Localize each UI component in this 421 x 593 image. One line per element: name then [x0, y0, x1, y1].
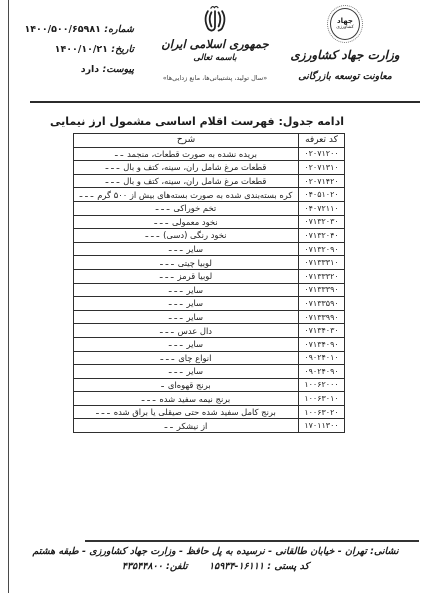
hierarchy-dashes: ـ ـ ـ [106, 176, 120, 186]
ministry-block: جهاد کشاورزی وزارت جهاد کشاورزی معاونت ت… [279, 6, 411, 82]
row-description-cell: ـ ـ ـسایر [74, 365, 299, 379]
table-row: ـ ـاز نیشکر۱۷۰۱۱۳۰۰ [74, 419, 345, 433]
row-description-cell: ـ ـ ـلوبیا چیتی [74, 256, 299, 270]
country-name: جمهوری اسلامی ایران [150, 37, 280, 51]
letter-meta-block: شماره: ۱۴۰۰/۵۰۰/۶۵۹۸۱ تاریخ: ۱۴۰۰/۱۰/۲۱ … [14, 24, 134, 84]
table-row: ـ ـ ـانواع چای۰۹۰۲۴۰۱۰ [74, 351, 345, 365]
tariff-code: ۰۴۰۵۱۰۲۰ [299, 188, 345, 202]
tariff-code: ۰۹۰۲۴۰۱۰ [299, 351, 345, 365]
table-row: ـ ـ ـلوبیا چیتی۰۷۱۳۳۳۱۰ [74, 256, 345, 270]
table-row: ـ ـ ـسایر۰۹۰۲۴۰۹۰ [74, 365, 345, 379]
description-text: سایر [187, 312, 204, 322]
footer-block: نشانی: تهران - خیابان طالقانی - نرسیده ب… [30, 546, 401, 572]
tariff-table: شرح کد تعرفه ـ ـبریده نشده به صورت قطعات… [73, 133, 345, 433]
table-row: ـ ـ ـکره بسته‌بندی شده به صورت بسته‌های … [74, 188, 345, 202]
seal-text-top: جهاد [337, 18, 353, 25]
attachment-label: پیوست: [102, 64, 134, 75]
tariff-code: ۰۷۱۳۲۰۹۰ [299, 242, 345, 256]
footer-address: نشانی: تهران - خیابان طالقانی - نرسیده ب… [30, 546, 401, 557]
row-description-cell: ـ ـ ـتخم خوراکی [74, 201, 299, 215]
description-text: لوبیا چیتی [178, 258, 212, 268]
tariff-code: ۰۴۰۷۲۱۱۰ [299, 201, 345, 215]
attachment-line: پیوست: دارد [14, 64, 134, 75]
column-header-tariff-code: کد تعرفه [299, 134, 345, 148]
hierarchy-dashes: ـ [161, 380, 164, 390]
description-text: قطعات مرغ شامل ران، سینه، کتف و بال [123, 162, 266, 172]
row-description-cell: ـ ـ ـبرنج نیمه سفید شده [74, 392, 299, 406]
ministry-name: وزارت جهاد کشاورزی [279, 48, 411, 62]
tariff-code: ۰۷۱۳۴۰۹۰ [299, 337, 345, 351]
table-row: ـ ـ ـسایر۰۷۱۳۳۳۹۰ [74, 283, 345, 297]
description-text: سایر [187, 339, 204, 349]
row-description-cell: ـ ـ ـسایر [74, 297, 299, 311]
jihad-agriculture-seal-icon: جهاد کشاورزی [330, 8, 360, 40]
hierarchy-dashes: ـ ـ ـ [142, 394, 156, 404]
letter-date-value: ۱۴۰۰/۱۰/۲۱ [55, 44, 108, 55]
description-text: برنج قهوه‌ای [168, 380, 211, 390]
description-text: سایر [187, 285, 204, 295]
letter-number-label: شماره: [104, 24, 134, 35]
postal-code-label: کد پستی : [267, 561, 309, 572]
hierarchy-dashes: ـ ـ ـ [169, 298, 183, 308]
table-row: ـ ـ ـسایر۰۷۱۳۲۰۹۰ [74, 242, 345, 256]
iran-emblem-icon [202, 4, 228, 36]
footer-divider [85, 540, 419, 542]
description-text: قطعات مرغ شامل ران، سینه، کتف و بال [123, 176, 266, 186]
hierarchy-dashes: ـ ـ ـ [169, 366, 183, 376]
tariff-code: ۱۰۰۶۳۰۱۰ [299, 392, 345, 406]
postal-code-value: ۱۶۱۱۱-۱۵۹۳۴ [209, 561, 264, 572]
hierarchy-dashes: ـ ـ ـ [160, 258, 174, 268]
table-row: ـ ـ ـبرنج نیمه سفید شده۱۰۰۶۳۰۱۰ [74, 392, 345, 406]
table-row: ـ ـ ـدال عدس۰۷۱۳۴۰۳۰ [74, 324, 345, 338]
seal-text-bottom: کشاورزی [336, 26, 354, 31]
letterhead-divider [30, 101, 420, 103]
description-text: سایر [187, 366, 204, 376]
table-row: ـ ـ ـقطعات مرغ شامل ران، سینه، کتف و بال… [74, 174, 345, 188]
tariff-code: ۱۰۰۶۳۰۲۰ [299, 405, 345, 419]
hierarchy-dashes: ـ ـ [115, 149, 123, 159]
phone-label: تلفن: [166, 561, 188, 572]
table-row: ـ ـ ـسایر۰۷۱۳۴۰۹۰ [74, 337, 345, 351]
row-description-cell: ـ ـاز نیشکر [74, 419, 299, 433]
description-text: دال عدس [178, 326, 212, 336]
description-text: تخم خوراکی [173, 203, 216, 213]
hierarchy-dashes: ـ ـ ـ [160, 271, 174, 281]
tariff-code: ۰۷۱۳۳۵۹۰ [299, 297, 345, 311]
phone-pair: تلفن: ۴۳۵۴۴۸۰۰ [122, 561, 188, 572]
hierarchy-dashes: ـ ـ ـ [169, 285, 183, 295]
tariff-code: ۰۹۰۲۴۰۹۰ [299, 365, 345, 379]
description-text: از نیشکر [177, 421, 208, 431]
deputy-name: معاونت توسعه بازرگانی [279, 71, 411, 82]
hierarchy-dashes: ـ ـ ـ [154, 217, 168, 227]
row-description-cell: ـ ـ ـسایر [74, 337, 299, 351]
row-description-cell: ـ ـبریده نشده به صورت قطعات، منجمد [74, 147, 299, 161]
tariff-code: ۱۰۰۶۲۰۰۰ [299, 378, 345, 392]
hierarchy-dashes: ـ ـ ـ [96, 407, 110, 417]
letter-date-label: تاریخ: [111, 44, 134, 55]
hierarchy-dashes: ـ ـ ـ [156, 203, 170, 213]
tariff-code: ۰۷۱۳۴۰۳۰ [299, 324, 345, 338]
description-text: سایر [187, 244, 204, 254]
description-text: کره بسته‌بندی شده به صورت بسته‌های بیش ا… [97, 190, 292, 200]
table-row: ـ ـ ـسایر۰۷۱۳۳۵۹۰ [74, 297, 345, 311]
row-description-cell: ـ ـ ـسایر [74, 310, 299, 324]
description-text: برنج نیمه سفید شده [159, 394, 230, 404]
row-description-cell: ـ ـ ـدال عدس [74, 324, 299, 338]
column-header-description: شرح [74, 134, 299, 148]
table-row: ـ ـ ـنخود رنگی (دسی)۰۷۱۳۲۰۴۰ [74, 229, 345, 243]
description-text: نخود رنگی (دسی) [163, 230, 226, 240]
description-text: لوبیا قرمز [177, 271, 212, 281]
tariff-code: ۰۷۱۳۳۳۲۰ [299, 269, 345, 283]
table-row: ـ ـ ـنخود معمولی۰۷۱۳۲۰۳۰ [74, 215, 345, 229]
tariff-code: ۰۷۱۳۳۳۱۰ [299, 256, 345, 270]
scan-edge-line [8, 0, 9, 593]
document-page: جهاد کشاورزی وزارت جهاد کشاورزی معاونت ت… [0, 0, 421, 593]
hierarchy-dashes: ـ ـ ـ [169, 244, 183, 254]
row-description-cell: ـ ـ ـسایر [74, 283, 299, 297]
hierarchy-dashes: ـ ـ ـ [169, 312, 183, 322]
tariff-code: ۰۷۱۳۳۹۹۰ [299, 310, 345, 324]
tariff-code: ۰۲۰۷۱۲۰۰ [299, 147, 345, 161]
table-row: ـ ـ ـسایر۰۷۱۳۳۹۹۰ [74, 310, 345, 324]
description-text: سایر [187, 298, 204, 308]
table-title: ادامه جدول: فهرست اقلام اساسی مشمول ارز … [73, 115, 344, 128]
tariff-code: ۰۷۱۳۳۳۹۰ [299, 283, 345, 297]
table-row: ـبرنج قهوه‌ای۱۰۰۶۲۰۰۰ [74, 378, 345, 392]
hierarchy-dashes: ـ ـ ـ [161, 353, 175, 363]
phone-value: ۴۳۵۴۴۸۰۰ [122, 561, 163, 572]
row-description-cell: ـ ـ ـانواع چای [74, 351, 299, 365]
row-description-cell: ـ ـ ـنخود معمولی [74, 215, 299, 229]
tariff-code: ۱۷۰۱۱۳۰۰ [299, 419, 345, 433]
hierarchy-dashes: ـ ـ ـ [80, 190, 94, 200]
description-text: بریده نشده به صورت قطعات، منجمد [127, 149, 257, 159]
basmala: باسمه تعالی [150, 53, 280, 63]
row-description-cell: ـ ـ ـقطعات مرغ شامل ران، سینه، کتف و بال [74, 174, 299, 188]
table-row: ـ ـبریده نشده به صورت قطعات، منجمد۰۲۰۷۱۲… [74, 147, 345, 161]
row-description-cell: ـ ـ ـلوبیا قرمز [74, 269, 299, 283]
table-row: ـ ـ ـلوبیا قرمز۰۷۱۳۳۳۲۰ [74, 269, 345, 283]
table-body: ـ ـبریده نشده به صورت قطعات، منجمد۰۲۰۷۱۲… [74, 147, 345, 432]
letter-date-line: تاریخ: ۱۴۰۰/۱۰/۲۱ [14, 44, 134, 55]
row-description-cell: ـ ـ ـقطعات مرغ شامل ران، سینه، کتف و بال [74, 161, 299, 175]
hierarchy-dashes: ـ ـ ـ [160, 326, 174, 336]
tariff-code: ۰۷۱۳۲۰۳۰ [299, 215, 345, 229]
description-text: برنج کامل سفید شده حتی صیقلی یا براق شده [114, 407, 276, 417]
table-row: ـ ـ ـتخم خوراکی۰۴۰۷۲۱۱۰ [74, 201, 345, 215]
letter-number-line: شماره: ۱۴۰۰/۵۰۰/۶۵۹۸۱ [14, 24, 134, 35]
table-row: ـ ـ ـقطعات مرغ شامل ران، سینه، کتف و بال… [74, 161, 345, 175]
row-description-cell: ـ ـ ـبرنج کامل سفید شده حتی صیقلی یا برا… [74, 405, 299, 419]
hierarchy-dashes: ـ ـ ـ [145, 230, 159, 240]
hierarchy-dashes: ـ ـ ـ [106, 162, 120, 172]
hierarchy-dashes: ـ ـ ـ [169, 339, 183, 349]
row-description-cell: ـ ـ ـنخود رنگی (دسی) [74, 229, 299, 243]
row-description-cell: ـ ـ ـکره بسته‌بندی شده به صورت بسته‌های … [74, 188, 299, 202]
year-slogan: «سال تولید، پشتیبانی‌ها، مانع زدایی‌ها» [150, 74, 280, 82]
national-emblem-block: جمهوری اسلامی ایران باسمه تعالی «سال تول… [150, 4, 280, 82]
postal-code-pair: کد پستی : ۱۶۱۱۱-۱۵۹۳۴ [209, 561, 309, 572]
tariff-code: ۰۲۰۷۱۳۱۰ [299, 161, 345, 175]
row-description-cell: ـبرنج قهوه‌ای [74, 378, 299, 392]
tariff-code: ۰۲۰۷۱۴۲۰ [299, 174, 345, 188]
table-header-row: شرح کد تعرفه [74, 134, 345, 148]
description-text: نخود معمولی [172, 217, 218, 227]
letter-number-value: ۱۴۰۰/۵۰۰/۶۵۹۸۱ [24, 24, 101, 35]
row-description-cell: ـ ـ ـسایر [74, 242, 299, 256]
tariff-code: ۰۷۱۳۲۰۴۰ [299, 229, 345, 243]
table-row: ـ ـ ـبرنج کامل سفید شده حتی صیقلی یا برا… [74, 405, 345, 419]
attachment-value: دارد [81, 64, 99, 75]
hierarchy-dashes: ـ ـ [165, 421, 173, 431]
footer-contact-line: کد پستی : ۱۶۱۱۱-۱۵۹۳۴ تلفن: ۴۳۵۴۴۸۰۰ [30, 561, 401, 572]
description-text: انواع چای [178, 353, 211, 363]
